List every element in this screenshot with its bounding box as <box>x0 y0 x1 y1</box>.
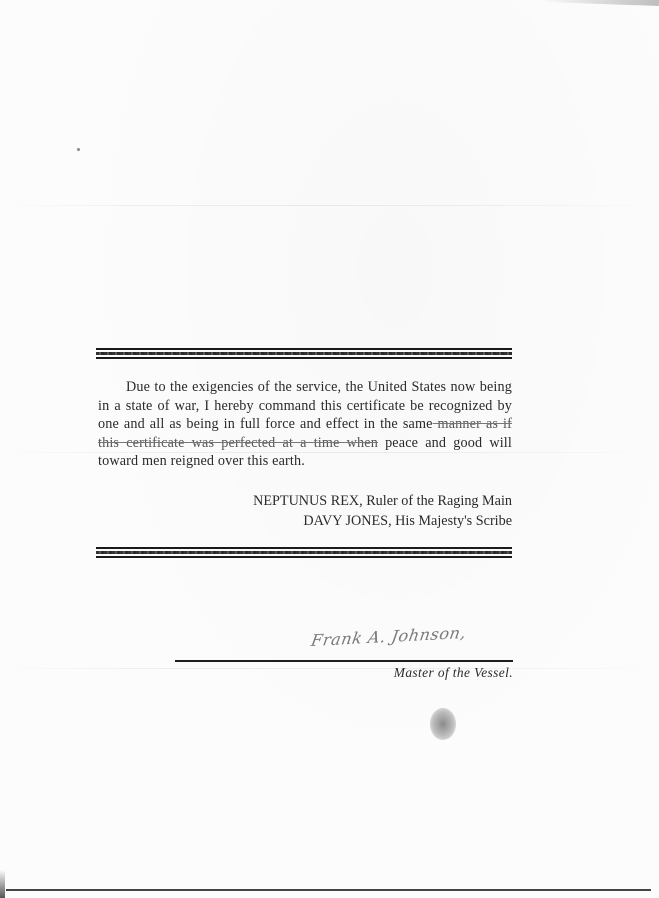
signatories: NEPTUNUS REX, Ruler of the Raging Main D… <box>253 492 512 531</box>
top-decorative-rule <box>96 348 512 360</box>
signature-line <box>175 660 513 662</box>
bottom-decorative-rule <box>96 547 512 559</box>
paper-speck <box>77 148 80 151</box>
master-of-vessel-label: Master of the Vessel. <box>394 665 513 681</box>
page-corner-curl <box>539 0 659 6</box>
page-edge-shadow <box>0 870 5 898</box>
handwritten-signature: Frank A. Johnson, <box>310 623 468 650</box>
proclamation-same: same <box>403 416 433 432</box>
signatory-neptunus: NEPTUNUS REX, Ruler of the Raging Main <box>253 492 512 512</box>
paper-fold-line <box>0 668 659 669</box>
ink-stain <box>430 708 456 740</box>
signatory-davy-jones: DAVY JONES, His Majesty's Scribe <box>253 512 512 532</box>
page-bottom-edge <box>6 889 651 891</box>
proclamation-text: Due to the exigencies of the service, th… <box>98 378 512 471</box>
paper-fold-line <box>0 205 659 206</box>
certificate-page: Due to the exigencies of the service, th… <box>0 0 659 898</box>
